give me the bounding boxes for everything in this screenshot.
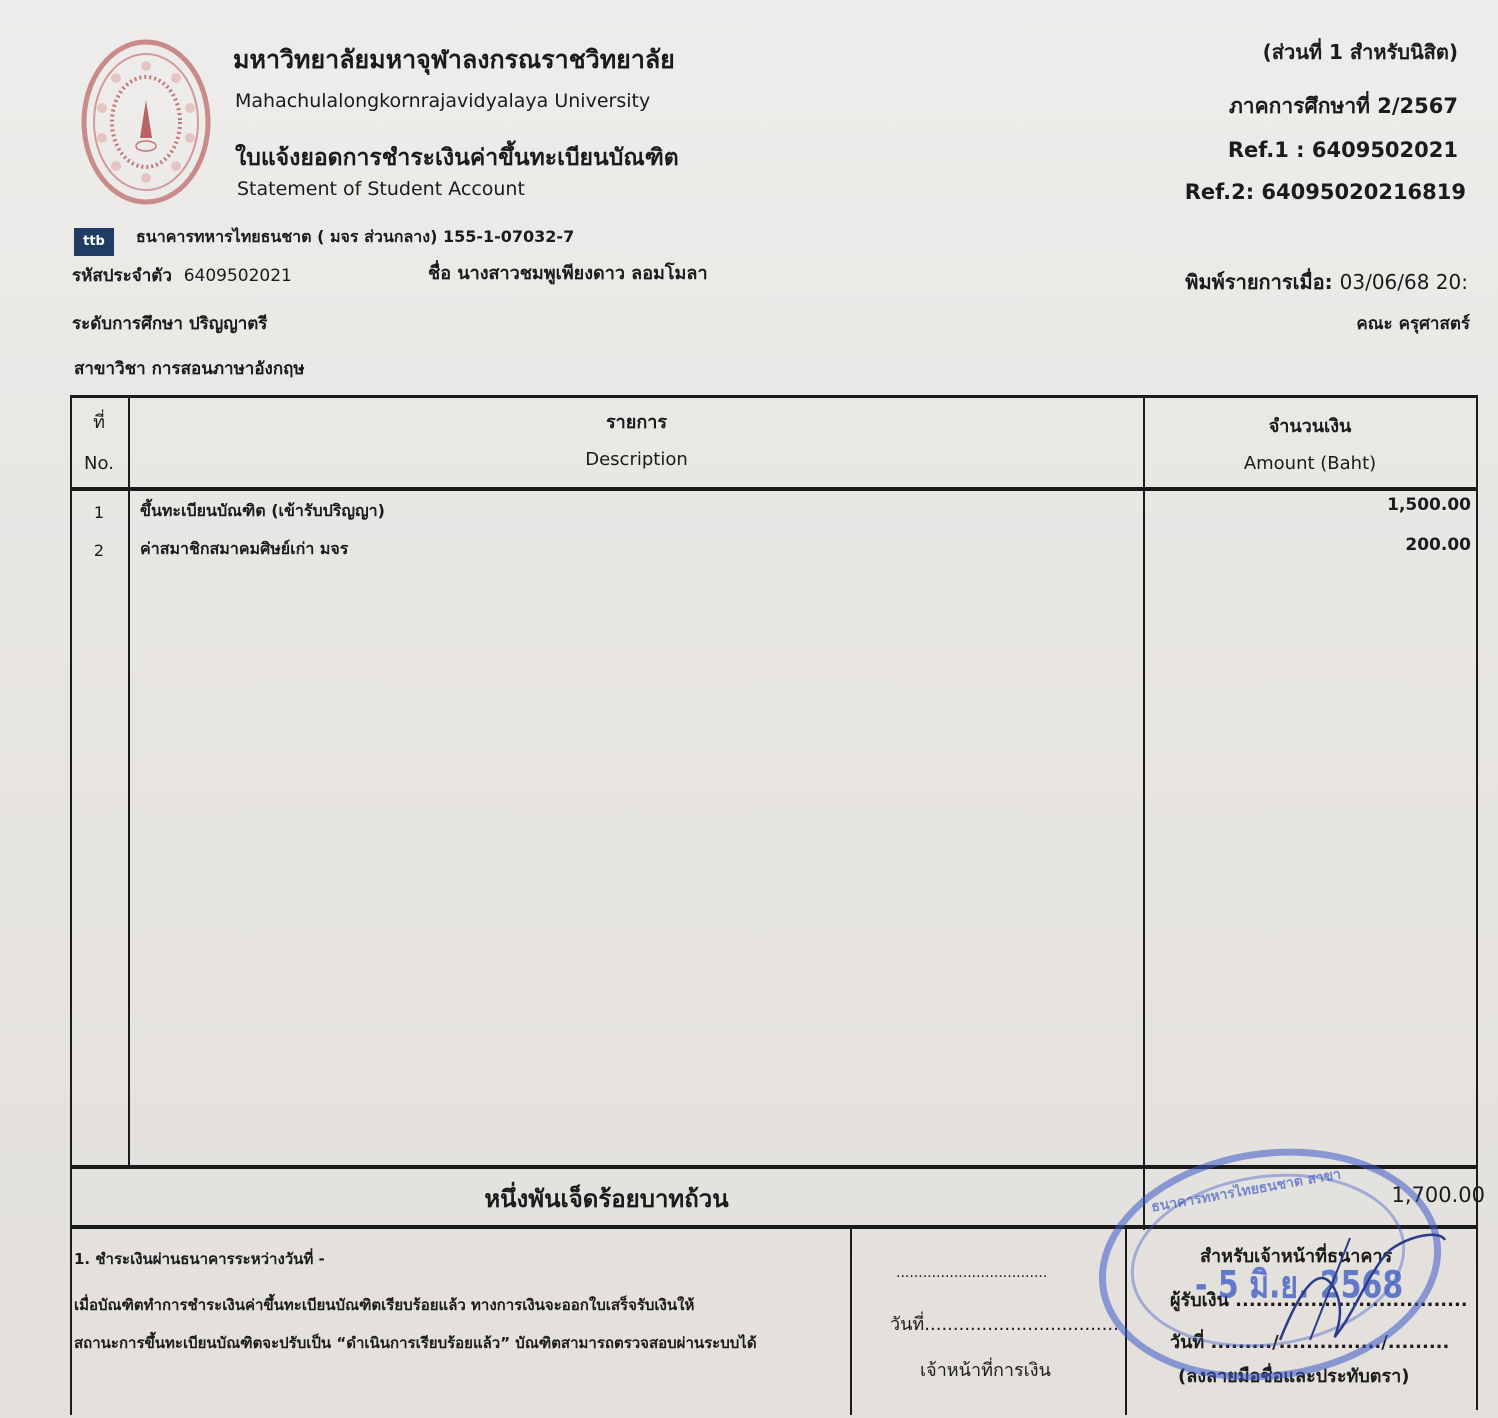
col-desc-en: Description [130,449,1143,470]
education-level-label: ระดับการศึกษา [72,314,183,334]
faculty-label: คณะ [1356,314,1392,334]
finance-officer-label: เจ้าหน้าที่การเงิน [920,1355,1051,1384]
university-name-en: Mahachulalongkornrajavidyalaya Universit… [235,90,650,112]
student-id: รหัสประจำตัว 6409502021 [72,262,292,289]
faculty: คณะ ครุศาสตร์ [1356,310,1470,337]
student-name: ชื่อ นางสาวชมพูเพียงดาว ลอมโมลา [428,258,708,287]
col-no-en: No. [70,453,128,474]
row-no: 2 [70,541,128,560]
student-name-value: นางสาวชมพูเพียงดาว ลอมโมลา [457,263,707,284]
faculty-value: ครุศาสตร์ [1399,314,1470,334]
university-name-th: มหาวิทยาลัยมหาจุฬาลงกรณราชวิทยาลัย [233,40,675,80]
row-no: 1 [70,503,128,522]
col-amount-th: จำนวนเงิน [1145,411,1475,440]
major-value: การสอนภาษาอังกฤษ [152,359,305,379]
copy-part-label: (ส่วนที่ 1 สำหรับนิสิต) [1263,36,1458,68]
row-amount: 1,500.00 [1145,495,1471,515]
footer-divider-1 [850,1227,852,1415]
major-label: สาขาวิชา [74,359,146,379]
col-divider-amount [1143,395,1145,1230]
student-name-label: ชื่อ [428,263,451,284]
major: สาขาวิชา การสอนภาษาอังกฤษ [74,355,305,382]
row-description: ขึ้นทะเบียนบัณฑิต (เข้ารับปริญญา) [140,499,385,524]
total-in-words: หนึ่งพันเจ็ดร้อยบาทถ้วน [70,1179,1143,1218]
student-id-label: รหัสประจำตัว [72,266,172,286]
col-amount-en: Amount (Baht) [1145,453,1475,474]
ref1: Ref.1 : 6409502021 [1228,138,1458,162]
printed-at: พิมพ์รายการเมื่อ: 03/06/68 20: [1185,266,1468,298]
education-level-value: ปริญญาตรี [189,314,268,334]
table-border-top [70,395,1478,398]
education-level: ระดับการศึกษา ปริญญาตรี [72,310,267,337]
signature-scribble [1240,1230,1450,1360]
bank-account: ธนาคารทหารไทยธนชาต ( มจร ส่วนกลาง) 155-1… [136,225,574,250]
statement-paper: มหาวิทยาลัยมหาจุฬาลงกรณราชวิทยาลัย Mahac… [0,0,1498,1418]
payment-note-3: สถานะการขึ้นทะเบียนบัณฑิตจะปรับเป็น “ดำเ… [74,1331,757,1355]
university-seal-icon [80,38,212,206]
ref2: Ref.2: 64095020216819 [1185,180,1466,204]
col-divider-no [128,395,130,1167]
header-divider [70,487,1478,491]
finance-date: วันที่.................................. [890,1309,1119,1338]
printed-at-value: 03/06/68 20: [1340,270,1468,294]
finance-signature-line: .................................. [896,1265,1047,1281]
bank-logo-icon: ttb [74,228,114,256]
col-desc-th: รายการ [130,407,1143,436]
col-no-th: ที่ [70,407,128,436]
student-id-value: 6409502021 [184,266,292,286]
row-description: ค่าสมาชิกสมาคมศิษย์เก่า มจร [140,537,348,562]
printed-at-label: พิมพ์รายการเมื่อ: [1185,270,1332,294]
payment-note-2: เมื่อบัณฑิตทำการชำระเงินค่าขึ้นทะเบียนบั… [74,1293,694,1317]
semester: ภาคการศึกษาที่ 2/2567 [1229,90,1458,123]
document-title-en: Statement of Student Account [237,178,525,200]
document-title-th: ใบแจ้งยอดการชำระเงินค่าขึ้นทะเบียนบัณฑิต [235,140,679,176]
table-border-right [1476,395,1478,1410]
payment-note-1: 1. ชำระเงินผ่านธนาคารระหว่างวันที่ - [74,1247,325,1271]
row-amount: 200.00 [1145,535,1471,555]
